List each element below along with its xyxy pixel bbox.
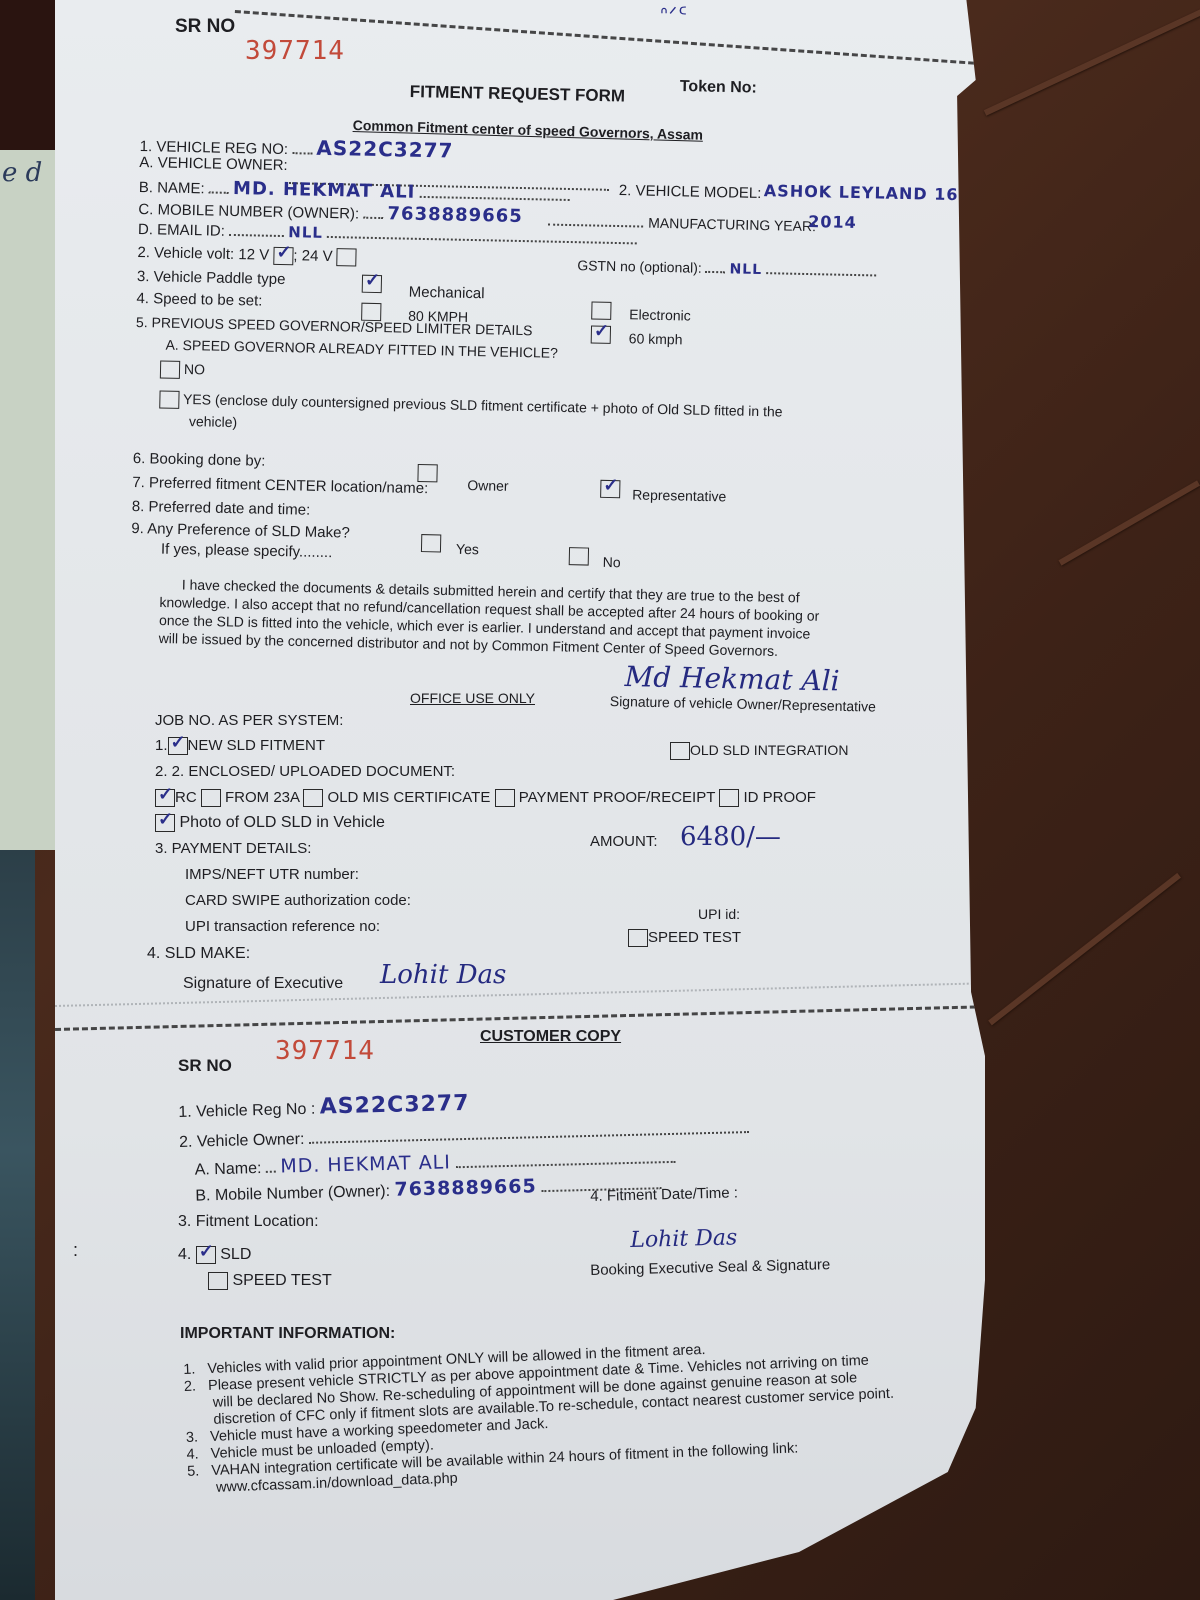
sld-pref-no-checkbox[interactable] — [569, 547, 589, 565]
doc-old-mis-label: OLD MIS CERTIFICATE — [328, 789, 491, 806]
doc-id-proof-label: ID PROOF — [743, 789, 816, 806]
amount-value[interactable]: 6480/— — [680, 822, 781, 852]
imps-utr-label: IMPS/NEFT UTR number: — [185, 866, 359, 883]
vehicle-model-label: 2. VEHICLE MODEL: — [619, 182, 762, 202]
name-value[interactable]: MD. HEKMAT ALI — [233, 178, 416, 203]
sr-no-value: 397714 — [245, 36, 345, 66]
customer-copy-title: CUSTOMER COPY — [480, 1028, 621, 1046]
preferred-center-label: 7. Preferred fitment CENTER location/nam… — [132, 474, 428, 497]
photo-old-sld-label: Photo of OLD SLD in Vehicle — [179, 814, 384, 831]
customer-item4-prefix: 4. — [178, 1246, 191, 1263]
customer-mobile-label: B. Mobile Number (Owner): — [195, 1183, 390, 1205]
important-info-title: IMPORTANT INFORMATION: — [180, 1325, 395, 1343]
customer-sr-no-value: 397714 — [275, 1036, 375, 1066]
office-use-title: OFFICE USE ONLY — [410, 690, 535, 706]
sld-pref-no-label: No — [603, 554, 621, 570]
new-sld-checkbox[interactable] — [168, 737, 188, 755]
customer-reg-value[interactable]: AS22C3277 — [319, 1091, 469, 1120]
customer-name-label: A. Name: — [195, 1160, 262, 1179]
paddle-electronic-label: Electronic — [629, 306, 691, 323]
office-speed-test-label: SPEED TEST — [648, 929, 741, 946]
customer-owner-label: 2. Vehicle Owner: — [179, 1131, 305, 1151]
gstn-label: GSTN no (optional): — [577, 257, 702, 276]
sld-make-label: 4. SLD MAKE: — [147, 945, 250, 963]
enclosed-docs-label: 2. 2. ENCLOSED/ UPLOADED DOCUMENT: — [155, 763, 455, 780]
previous-yes-checkbox[interactable] — [159, 391, 179, 409]
stray-colon: : — [73, 1240, 78, 1261]
volt-label: 2. Vehicle volt: 12 V — [137, 244, 269, 264]
paddle-mechanical-label: Mechanical — [409, 284, 485, 303]
sld-pref-yes-checkbox[interactable] — [421, 534, 441, 552]
board-groove — [984, 0, 1200, 115]
board-groove — [1059, 480, 1200, 565]
doc-payment-proof-checkbox[interactable] — [495, 789, 515, 807]
sld-pref-yes-label: Yes — [456, 541, 479, 557]
doc-form23a-checkbox[interactable] — [201, 789, 221, 807]
previous-sld-label: 5. PREVIOUS SPEED GOVERNOR/SPEED LIMITER… — [136, 314, 533, 338]
doc-id-proof-checkbox[interactable] — [719, 789, 739, 807]
email-value[interactable]: NLL — [288, 223, 323, 242]
customer-name-value[interactable]: MD. HEKMAT ALI — [280, 1151, 451, 1177]
booking-label: 6. Booking done by: — [133, 450, 266, 470]
name-label: B. NAME: — [139, 179, 205, 197]
upi-id-label: UPI id: — [698, 906, 740, 922]
new-sld-label: NEW SLD FITMENT — [188, 737, 326, 754]
email-label: D. EMAIL ID: — [138, 221, 225, 240]
booking-exec-label: Booking Executive Seal & Signature — [590, 1256, 830, 1279]
enclosed-docs-list: RC FROM 23A OLD MIS CERTIFICATE PAYMENT … — [155, 789, 816, 807]
old-sld-integration-label: OLD SLD INTEGRATION — [690, 742, 848, 758]
payment-details-label: 3. PAYMENT DETAILS: — [155, 840, 311, 857]
background-green-panel — [0, 150, 55, 850]
previous-yes-label: YES (enclose duly countersigned previous… — [183, 391, 783, 420]
customer-speed-test-label: SPEED TEST — [232, 1272, 331, 1289]
background-dark-panel — [0, 0, 55, 150]
mfg-year-label: MANUFACTURING YEAR: — [648, 215, 816, 235]
photo-old-sld-checkbox[interactable] — [155, 814, 175, 832]
volt-24v-checkbox[interactable] — [337, 248, 357, 266]
fitment-datetime-label: 4. Fitment Date/Time : — [590, 1184, 738, 1205]
sld-make-pref-label: 9. Any Preference of SLD Make? — [131, 520, 350, 542]
previous-sld-question: A. SPEED GOVERNOR ALREADY FITTED IN THE … — [165, 337, 558, 361]
booking-owner-label: Owner — [467, 477, 509, 494]
volt-24v-label: ; 24 V — [293, 247, 333, 265]
amount-label: AMOUNT: — [590, 833, 658, 850]
speed-label: 4. Speed to be set: — [136, 290, 262, 310]
volt-12v-checkbox[interactable] — [273, 247, 293, 265]
gstn-value[interactable]: NLL — [729, 261, 762, 278]
exec-signature: Lohit Das — [380, 960, 506, 990]
vehicle-model-value[interactable]: ASHOK LEYLAND 1616 IL — [764, 181, 1008, 205]
new-sld-prefix: 1. — [155, 737, 168, 754]
perforation-line — [235, 10, 984, 67]
previous-no-checkbox[interactable] — [160, 361, 180, 379]
preferred-date-label: 8. Preferred date and time: — [132, 498, 311, 519]
old-sld-integration-checkbox[interactable] — [670, 742, 690, 760]
owner-signature: Md Hekmat Ali — [624, 660, 840, 697]
customer-mobile-value[interactable]: 7638889665 — [394, 1175, 537, 1200]
doc-old-mis-checkbox[interactable] — [303, 789, 323, 807]
customer-sld-label: SLD — [220, 1246, 251, 1263]
booking-exec-signature: Lohit Das — [630, 1225, 738, 1253]
customer-reg-label: 1. Vehicle Reg No : — [178, 1101, 315, 1121]
doc-payment-proof-label: PAYMENT PROOF/RECEIPT — [519, 789, 715, 806]
top-scribble: ᐢᐟᑦ — [660, 2, 688, 26]
board-groove — [988, 873, 1181, 1025]
speed-60-label: 60 kmph — [629, 330, 683, 347]
exec-signature-label: Signature of Executive — [183, 975, 343, 993]
reg-no-value[interactable]: AS22C3277 — [316, 136, 454, 163]
previous-no-label: NO — [184, 361, 205, 377]
sr-no-label: SR NO — [175, 16, 235, 38]
speed-60-checkbox[interactable] — [591, 326, 611, 344]
sld-make-specify: If yes, please specify........ — [161, 541, 333, 562]
doc-rc-checkbox[interactable] — [155, 789, 175, 807]
booking-representative-label: Representative — [632, 486, 726, 504]
card-swipe-label: CARD SWIPE authorization code: — [185, 892, 411, 909]
form-title: FITMENT REQUEST FORM — [410, 82, 626, 107]
office-speed-test-checkbox[interactable] — [628, 929, 648, 947]
customer-sr-no-label: SR NO — [178, 1056, 232, 1076]
doc-form23a-label: FROM 23A — [225, 789, 299, 806]
background-blue-panel — [0, 850, 35, 1600]
mobile-label: C. MOBILE NUMBER (OWNER): — [138, 201, 359, 223]
customer-sld-checkbox[interactable] — [196, 1246, 216, 1264]
job-no-label: JOB NO. AS PER SYSTEM: — [155, 712, 343, 729]
fitment-location-label: 3. Fitment Location: — [178, 1213, 319, 1231]
mobile-value[interactable]: 7638889665 — [387, 203, 523, 227]
paddle-label: 3. Vehicle Paddle type — [137, 268, 286, 288]
token-no-label: Token No: — [680, 78, 757, 98]
customer-speed-test-checkbox[interactable] — [208, 1272, 228, 1290]
fitment-request-form: : ᐢᐟᑦ SR NO 397714 Token No: FITMENT REQ… — [55, 0, 985, 1600]
background-script-text: e d — [2, 158, 42, 188]
vehicle-owner-label: A. VEHICLE OWNER: — [139, 154, 288, 174]
doc-rc-label: RC — [175, 789, 197, 806]
paddle-mechanical-checkbox[interactable] — [362, 275, 382, 293]
previous-yes-cont: vehicle) — [189, 413, 238, 430]
paddle-electronic-checkbox[interactable] — [591, 302, 611, 320]
upi-ref-label: UPI transaction reference no: — [185, 918, 380, 935]
mfg-year-value[interactable]: 2014 — [808, 212, 857, 232]
booking-representative-checkbox[interactable] — [600, 480, 620, 498]
